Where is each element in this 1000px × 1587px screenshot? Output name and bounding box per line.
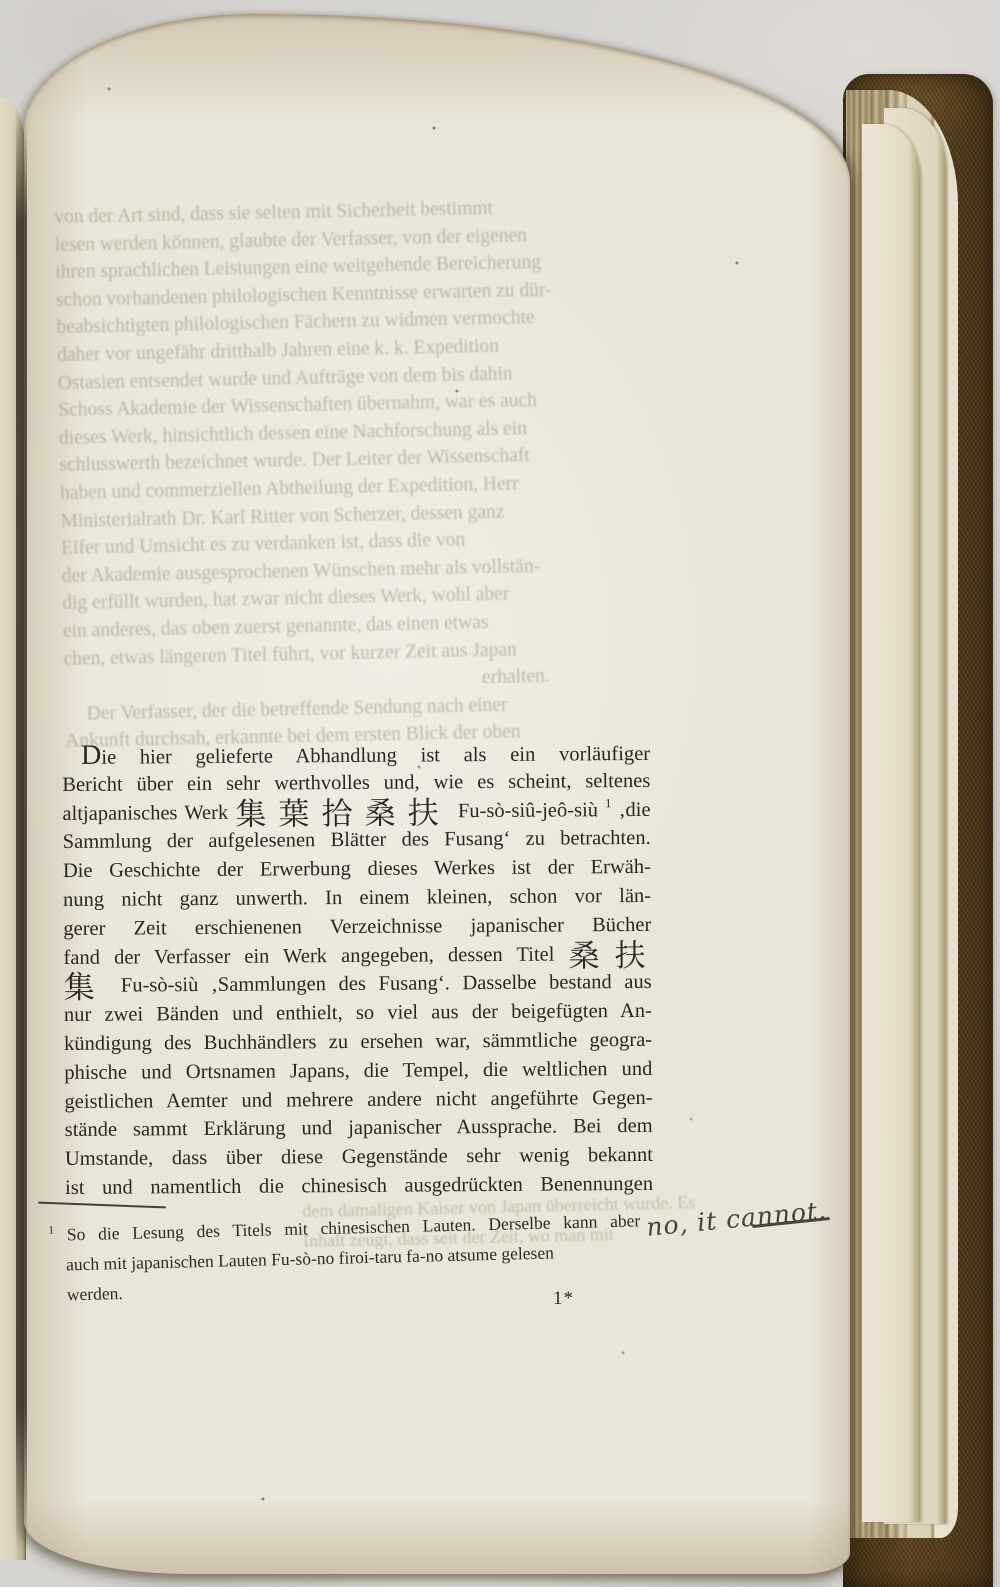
text-line: altjapanisches Werk 集葉拾桑扶 Fu-sò-siû-jeô-… bbox=[62, 795, 650, 828]
footnote: 1 So die Lesung des Titels mit chinesisc… bbox=[40, 1205, 642, 1310]
page-signature: 1* bbox=[553, 1288, 574, 1310]
text-run: fand der Verfasser ein Werk angegeben, d… bbox=[63, 943, 568, 969]
text-line: Sammlung der aufgelesenen Blätter des Fu… bbox=[63, 824, 651, 857]
text-line: Umstande, dass über diese Gegenstände se… bbox=[65, 1141, 653, 1174]
text-line: Die Geschichte der Erwerbung dieses Werk… bbox=[63, 853, 651, 886]
fanned-page-edge bbox=[862, 124, 920, 1522]
gutter-shadow bbox=[16, 120, 27, 1550]
text-run: Fu-sò-siû-jeô-siù bbox=[451, 799, 598, 822]
text-line: nung nicht ganz unwerth. In einem kleine… bbox=[63, 882, 651, 915]
text-line: gerer Zeit erschienenen Verzeichnisse ja… bbox=[63, 911, 651, 944]
text-line: phische und Ortsnamen Japans, die Tempel… bbox=[64, 1055, 652, 1088]
text-line: Die hier gelieferte Abhandlung ist als e… bbox=[62, 738, 650, 771]
dust-specks bbox=[0, 0, 2, 2]
book-photograph: von der Art sind, dass sie selten mit Si… bbox=[0, 0, 1000, 1587]
text-line: stände sammt Erklärung und japanischer A… bbox=[65, 1112, 653, 1145]
text-line: nur zwei Bänden und enthielt, so viel au… bbox=[64, 997, 652, 1030]
text-line: 集 Fu-sò-siù ‚Sammlungen des Fusang‘. Das… bbox=[64, 968, 652, 1001]
showthrough-text-block: von der Art sind, dass sie selten mit Si… bbox=[54, 191, 705, 756]
main-paragraph: Die hier gelieferte Abhandlung ist als e… bbox=[62, 738, 653, 1203]
text-run: ‚die bbox=[611, 798, 650, 820]
text-line: fand der Verfasser ein Werk angegeben, d… bbox=[63, 939, 651, 972]
text-line: geistlichen Aemter und mehrere andere ni… bbox=[64, 1083, 652, 1116]
text-run: Fu-sò-siù ‚Sammlungen des Fusang‘. Dasse… bbox=[108, 971, 652, 997]
text-line: kündigung des Buchhändlers zu ersehen wa… bbox=[64, 1026, 652, 1059]
text-run: altjapanisches Werk bbox=[62, 801, 235, 824]
